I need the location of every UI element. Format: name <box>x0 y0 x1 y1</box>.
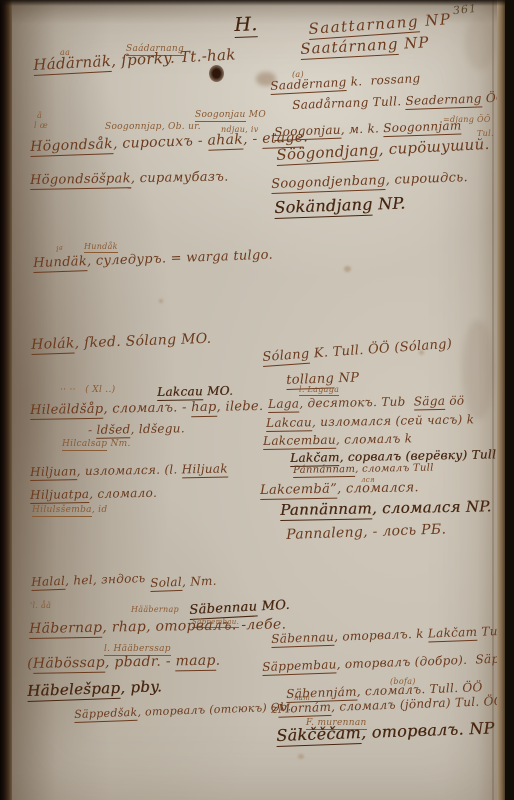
entry-laga: Laga, десятокъ. Tub Säga öö <box>268 395 465 411</box>
top-edge-shadow <box>0 0 514 6</box>
entry-sabennau: Säbennau, оторвалъ. k Lakčam Tull. <box>271 625 510 646</box>
entry-hundak: Hundäk, суледуръ. = warga tulgo. <box>33 249 273 271</box>
background-right-edge <box>505 0 514 800</box>
entry-lakcau: Lakcau, изломался (сей часъ) k <box>266 413 474 429</box>
entry-pannaleng: Pannaleng, - лось РБ. <box>286 522 446 542</box>
entry-solang: Sólang K. Tull. ÖÖ (Sólang) <box>262 338 453 365</box>
entry-ldsed: - ldšed, ldšegu. <box>88 422 185 436</box>
entry-hiljuan: Hiljuan, изломался. (l. Hiljuak <box>30 463 228 479</box>
entry-hiljuatpa: Hiljuatpa, сломало. <box>30 487 157 502</box>
sup-soogonjau-mo: Soogonjau MO <box>195 111 266 120</box>
sup-sabennau-mo: Säbennau MO. <box>189 599 290 618</box>
sup-soogonnjap: Soogonnjap, Ob. ur. <box>105 123 201 132</box>
entry-sokandjang: Sokändjang NP. <box>274 195 406 216</box>
entry-solal: Solal, Nm. <box>150 575 217 590</box>
sup-haabernap: Hääbernap <box>131 606 179 614</box>
sup-djang: =djang ÖÖ <box>443 116 491 124</box>
entry-pannannam-tull: Pánnánnam, сломалъ Tull <box>293 464 434 477</box>
entry-sakcecam: Säkčěčam, оторвалъ. NP <box>276 720 495 744</box>
entry-hilealdsap: Hileäldšåp, сломалъ. - hap, ilebe. <box>30 400 264 418</box>
sup-hilulsemba: Hilulsšemba, id <box>32 506 107 515</box>
entry-sappembau: Säppembau, оторвалъ (добро). Säppembak <box>262 651 514 674</box>
entry-soogonjau: Soogonjau, м. k. Soogonnjam <box>274 119 462 138</box>
entry-lakcam: Lakčam, сорвалъ (верёвку) Tull ÖÖ. <box>290 448 514 465</box>
sup-ia: iª <box>56 246 63 254</box>
entry-sappedsak: Säppedšak, оторвалъ (отсюкъ) Ob. <box>74 701 291 720</box>
entry-habossap: (Häbössap, pbadr. - maap. <box>27 654 221 672</box>
sup-loe: l œ <box>34 122 48 130</box>
sup-xl: ·· ·· ( Xl ..) <box>60 386 115 395</box>
entry-lakcemba: Lakcembä”, сломался. <box>260 481 419 497</box>
sup-hilcalsap: Hilcalsap Nm. <box>62 440 131 449</box>
entry-habelespap: Häbelešpap, pby. <box>27 679 162 699</box>
manuscript-photo: 361 H.Saattarnang NPSaatárnang NP(a)Saad… <box>0 0 514 800</box>
entry-pannannam: Pannännam, сломался NP. <box>280 499 492 518</box>
sup-laa: 'l. åä <box>30 602 51 610</box>
entry-lakcembau: Lakcembau, сломалъ k <box>263 432 412 447</box>
entry-hogondsospak: Högondsöšpak, сирамубазъ. <box>30 171 229 188</box>
entries-layer: H.Saattarnang NPSaatárnang NP(a)Saadërna… <box>0 0 514 800</box>
sup-umlaut: ä <box>37 112 42 120</box>
entry-saadarnang-tull: Saadårnang Tull. Seadernang ÖÖ <box>292 92 506 112</box>
sup-lakcau-mo: Lakcau MO. <box>157 385 233 399</box>
entry-holak: Holák, ſked. Sólang MO. <box>31 332 212 353</box>
entry-hogondsak: Högondsåk, сиросихъ - ahak, - etage. <box>30 130 308 154</box>
entry-saattarnang: Saattarnang NP <box>308 12 452 38</box>
entry-soogondjenbang: Soogondjenbang, сирошдсь. <box>271 171 468 192</box>
entry-saatarnang: Saatárnang NP <box>300 35 430 57</box>
book-binding-edge <box>0 0 12 800</box>
page-fold-line <box>492 0 494 800</box>
sup-hundak: Hundåk <box>84 243 118 251</box>
entry-habernap: Häbernap, rhap, оторвалъ. -лебе. <box>29 618 286 637</box>
page-heading: H. <box>234 15 258 36</box>
sup-lagaga: l. Lagaga <box>299 386 339 394</box>
entry-halal: Halal, hel, зндось <box>31 572 146 589</box>
